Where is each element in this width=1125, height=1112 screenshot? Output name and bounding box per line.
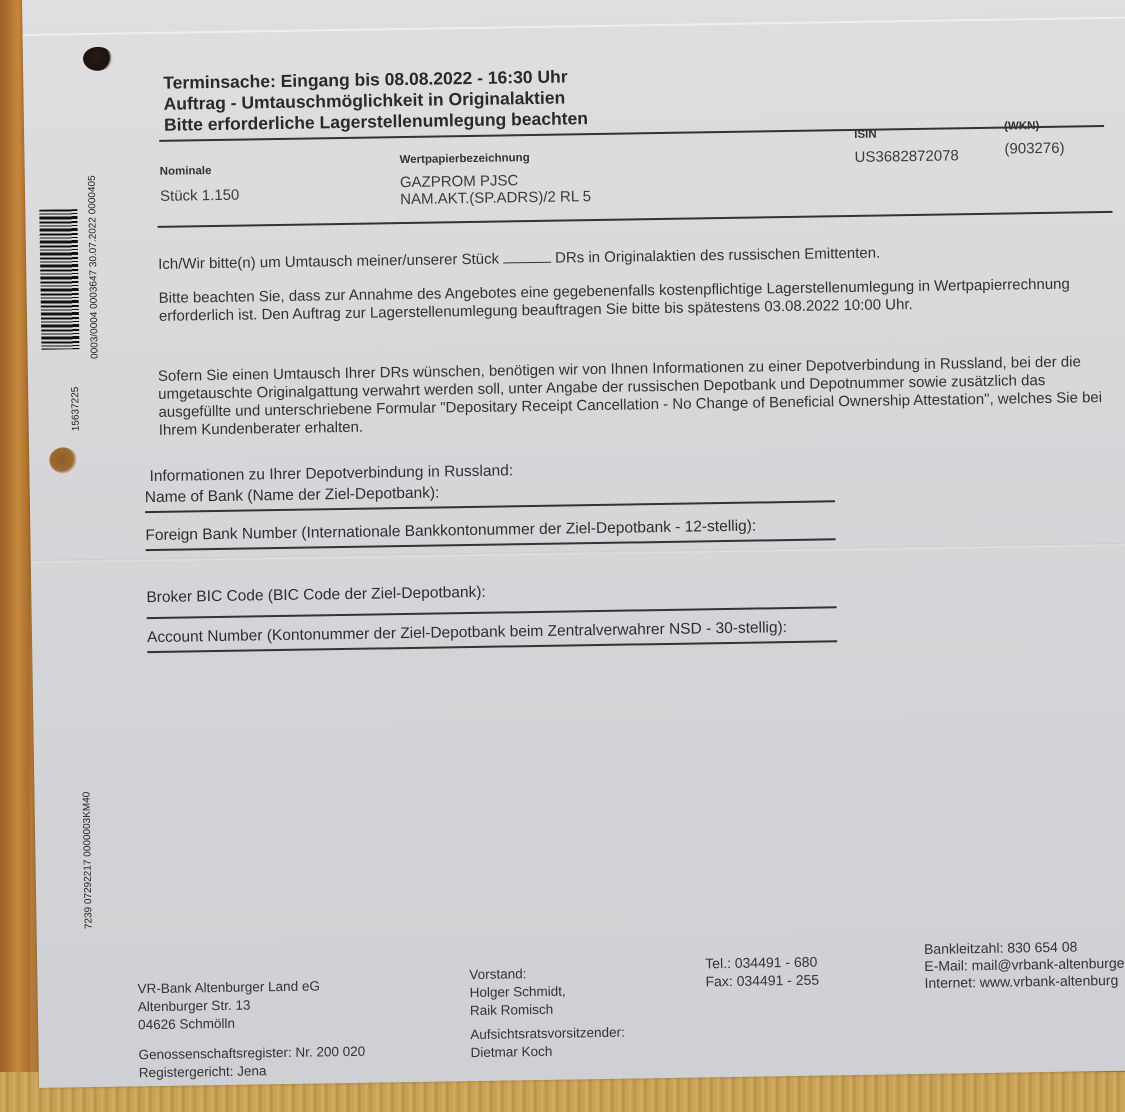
barcode-text: 0003/0004 0003647 30.07.2022 0000405 (87, 175, 101, 359)
cooperative-register: Genossenschaftsregister: Nr. 200 020 (138, 1043, 365, 1065)
exchange-request: Ich/Wir bitte(n) um Umtausch meiner/unse… (158, 241, 1118, 274)
telephone: Tel.: 034491 - 680 (705, 953, 819, 973)
depository-info: Sofern Sie einen Umtausch Ihrer DRs wüns… (158, 353, 1104, 440)
request-text-post: DRs in Originalaktien des russischen Emi… (555, 245, 880, 267)
chair-name: Dietmar Koch (470, 1042, 625, 1062)
security-name-line1: GAZPROM PJSC (400, 172, 519, 191)
nominale-label: Nominale (160, 165, 212, 178)
security-name-label: Wertpapierbezeichnung (399, 152, 529, 166)
phone-info: Tel.: 034491 - 680 Fax: 034491 - 255 (705, 953, 819, 991)
isin-label: ISIN (854, 129, 877, 141)
barcode-icon (39, 209, 79, 350)
field-label: Broker BIC Code (BIC Code der Ziel-Depot… (146, 577, 836, 607)
document-id: 15637225 (70, 387, 82, 432)
website-link[interactable]: Internet: www.vrbank-altenburg (924, 972, 1124, 992)
security-name-line2: NAM.AKT.(SP.ADRS)/2 RL 5 (400, 188, 591, 208)
punch-hole-icon (83, 47, 113, 71)
reference-code: 7239 07292217 0000003KM40 (81, 792, 94, 930)
chair-label: Aufsichtsratsvorsitzender: (470, 1024, 625, 1044)
board-info: Vorstand: Holger Schmidt, Raik Romisch A… (469, 964, 625, 1062)
bank-address: VR-Bank Altenburger Land eG Altenburger … (137, 977, 365, 1083)
isin-value: US3682872078 (854, 147, 959, 166)
wkn-label: (WKN) (1004, 120, 1039, 133)
request-text-pre: Ich/Wir bitte(n) um Umtausch meiner/unse… (158, 251, 499, 273)
document-page: 0003/0004 0003647 30.07.2022 0000405 156… (22, 0, 1125, 1088)
divider (158, 211, 1113, 228)
wkn-value: (903276) (1004, 140, 1064, 158)
fold-line (23, 17, 1125, 36)
bank-contact: Bankleitzahl: 830 654 08 E-Mail: mail@vr… (924, 938, 1125, 992)
register-court: Registergericht: Jena (139, 1061, 366, 1083)
field-broker-bic[interactable]: Broker BIC Code (BIC Code der Ziel-Depot… (146, 577, 836, 618)
quantity-blank-field[interactable] (503, 262, 551, 264)
fax: Fax: 034491 - 255 (705, 971, 819, 991)
input-line[interactable] (147, 606, 837, 618)
field-account-number[interactable]: Account Number (Kontonummer der Ziel-Dep… (147, 617, 837, 652)
nominale-value: Stück 1.150 (160, 187, 239, 205)
field-foreign-bank-number[interactable]: Foreign Bank Number (Internationale Bank… (145, 515, 835, 550)
punch-hole-icon (49, 447, 77, 473)
document-heading: Terminsache: Eingang bis 08.08.2022 - 16… (163, 66, 588, 136)
transfer-notice: Bitte beachten Sie, dass zur Annahme des… (159, 275, 1125, 326)
